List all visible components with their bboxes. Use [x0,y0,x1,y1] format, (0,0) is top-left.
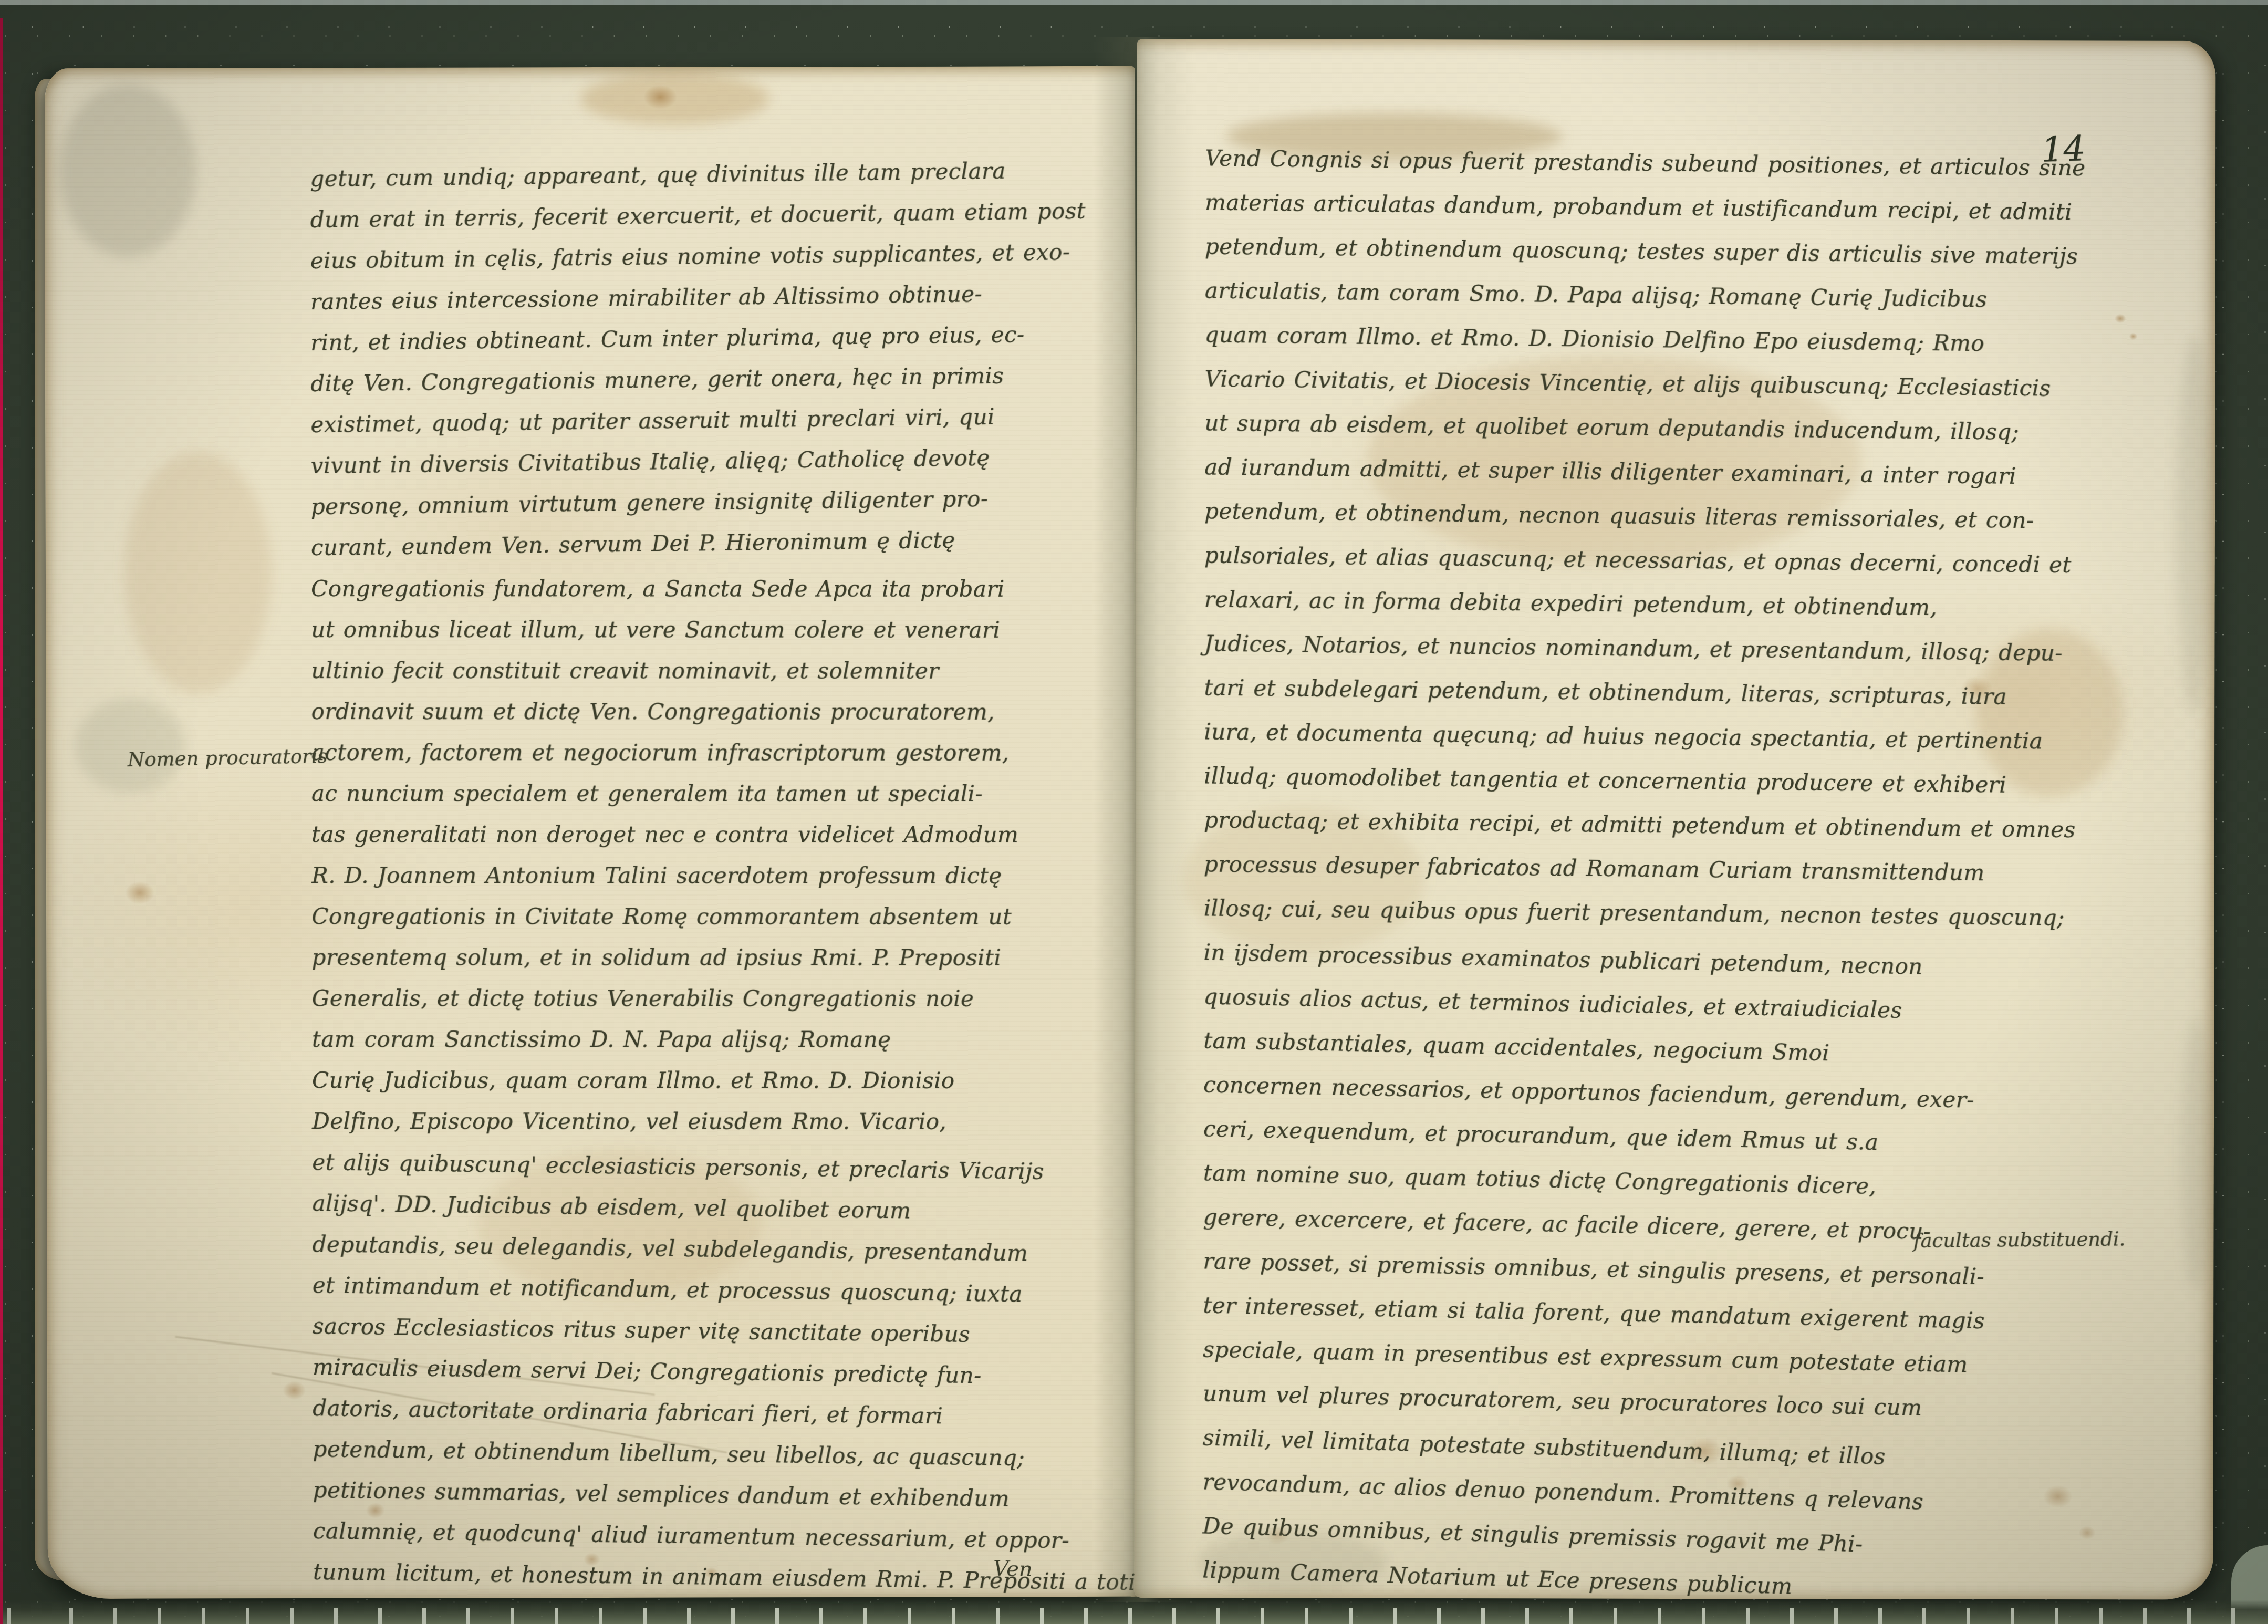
manuscript-line: ut omnibus liceat illum, ut vere Sanctum… [311,609,1062,650]
manuscript-line: Delfino, Episcopo Vicentino, vel eiusdem… [312,1100,1063,1142]
stain-wash [124,451,272,693]
left-page-text: getur, cum undiq; appareant, quę divinit… [310,157,1064,1592]
ruler-ticks [0,1608,2268,1624]
margin-note-left: Nomen procuratoris [127,745,328,771]
margin-note-right: facultas substituendi. [1913,1227,2125,1252]
manuscript-line: tam coram Sanctissimo D. N. Papa alijsq;… [312,1018,1063,1060]
film-edge-red-strip [0,18,3,1624]
right-page-text: Vend Congnis si opus fuerit prestandis s… [1202,136,2014,1593]
bleedthrough-smudge [59,84,196,258]
gutter-shadow [1094,37,1193,1602]
stain-wash [580,72,769,125]
scan-edge-strip [0,0,2268,5]
manuscript-line: ultinio fecit constituit creavit nominav… [311,650,1062,691]
stain-spot [125,881,154,904]
foxing-spot [2079,1526,2096,1539]
manuscript-line: curant, eundem Ven. servum Dei P. Hieron… [310,518,1062,568]
catchword: Ven [993,1557,1033,1581]
manuscript-line: Congregationis in Civitate Romę commoran… [311,896,1063,937]
manuscript-line: Congregationis fundatorem, a Sancta Sede… [311,568,1062,609]
bleedthrough-smudge [75,699,185,793]
ruler-scale [0,1600,2268,1624]
foxing-spot [283,1381,306,1400]
manuscript-line: Curię Judicibus, quam coram Illmo. et Rm… [312,1059,1063,1101]
stain-spot [643,85,677,109]
stain-spot [2129,333,2138,340]
manuscript-line: R. D. Joannem Antonium Talini sacerdotem… [311,855,1063,896]
manuscript-line: tas generalitati non deroget nec e contr… [311,814,1063,855]
manuscript-line: ac nuncium specialem et generalem ita ta… [311,773,1063,814]
manuscript-line: Generalis, et dictę totius Venerabilis C… [312,977,1063,1019]
left-page: getur, cum undiq; appareant, quę divinit… [45,66,1138,1599]
manuscript-line: actorem, factorem et negociorum infrascr… [311,732,1063,773]
manuscript-line: presentemq solum, et in solidum ad ipsiu… [311,936,1063,978]
bleedthrough-smudge [2180,1018,2212,1291]
bleedthrough-smudge [2176,335,2213,713]
foxing-spot [2043,1485,2073,1508]
manuscript-photo: getur, cum undiq; appareant, quę divinit… [0,0,2268,1624]
stain-spot [2115,314,2126,323]
manuscript-line: ordinavit suum et dictę Ven. Congregatio… [311,691,1062,732]
manuscript-line: illosq; cui, seu quibus opus fuerit pres… [1203,886,2013,939]
right-page: 14 Vend Congnis si opus fuerit prestandi… [1134,39,2215,1600]
